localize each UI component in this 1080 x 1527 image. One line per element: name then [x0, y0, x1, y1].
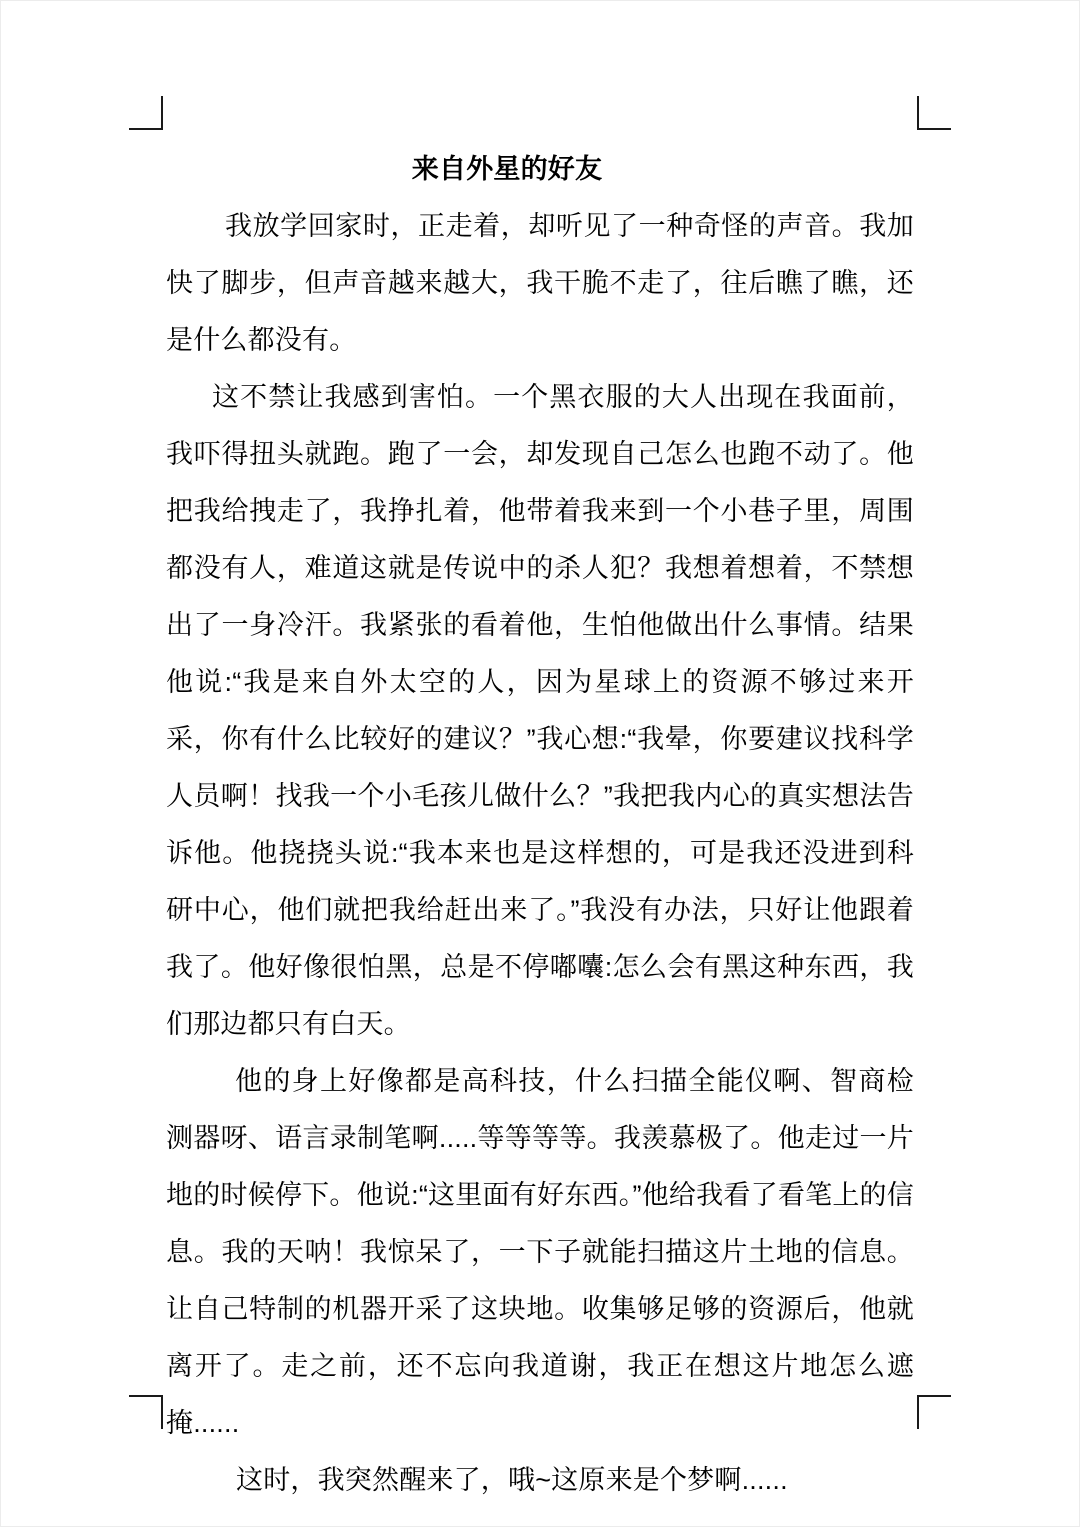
paragraph-1: 我放学回家时，正走着，却听见了一种奇怪的声音。我加快了脚步，但声音越来越大，我干…	[166, 198, 914, 369]
page-title: 来自外星的好友	[166, 141, 914, 198]
paragraph-4: 这时，我突然醒来了，哦~这原来是个梦啊......	[166, 1452, 914, 1509]
crop-mark-bottom-right-icon	[917, 1395, 951, 1429]
crop-mark-top-left-icon	[129, 96, 163, 130]
crop-mark-bottom-left-icon	[129, 1395, 163, 1429]
paragraph-3: 他的身上好像都是高科技，什么扫描全能仪啊、智商检测器呀、语言录制笔啊.....等…	[166, 1053, 914, 1452]
document-body: 来自外星的好友 我放学回家时，正走着，却听见了一种奇怪的声音。我加快了脚步，但声…	[166, 141, 914, 1509]
paragraph-2: 这不禁让我感到害怕。一个黑衣服的大人出现在我面前，我吓得扭头就跑。跑了一会，却发…	[166, 369, 914, 1053]
document-page: 来自外星的好友 我放学回家时，正走着，却听见了一种奇怪的声音。我加快了脚步，但声…	[0, 0, 1080, 1527]
crop-mark-top-right-icon	[917, 96, 951, 130]
